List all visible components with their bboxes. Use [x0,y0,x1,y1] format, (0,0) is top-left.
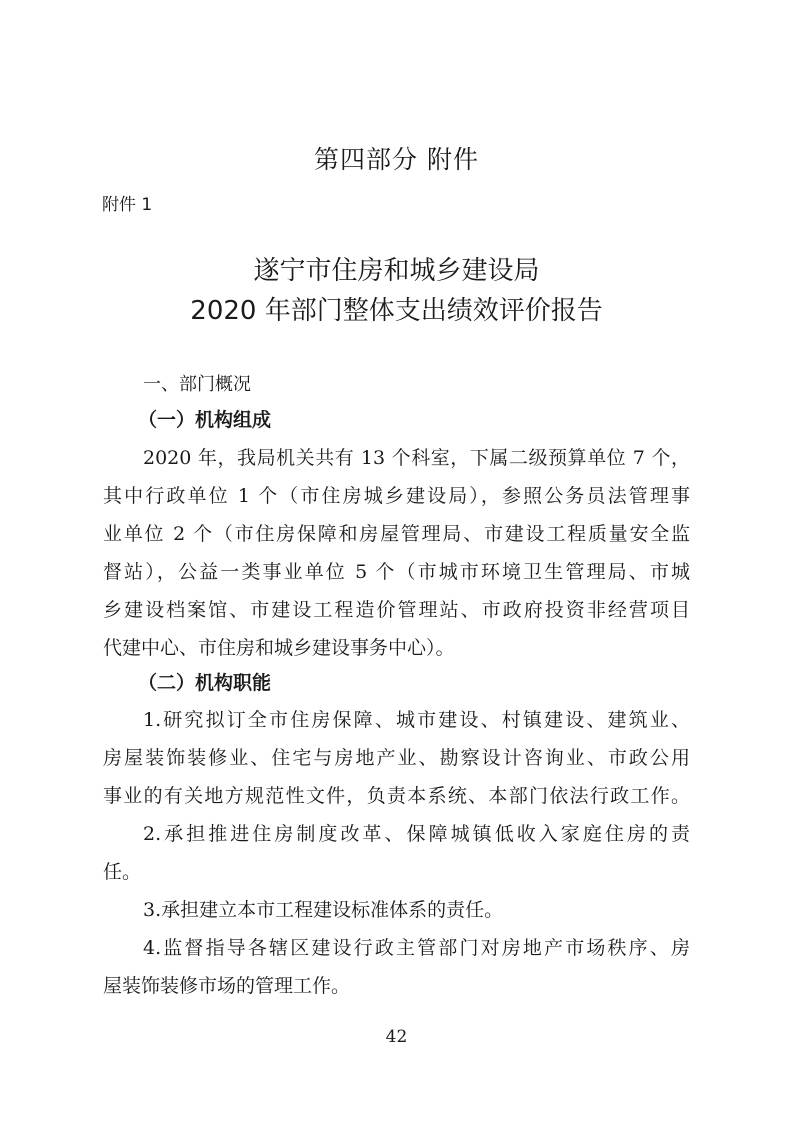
paragraph-line: 2020 年，我局机关共有 13 个科室，下属二级预算单位 7 个， [143,443,690,470]
document-page: 第四部分 附件 附件 1 遂宁市住房和城乡建设局 2020 年部门整体支出绩效评… [0,0,793,1122]
paragraph-line: 乡建设档案馆、市建设工程造价管理站、市政府投资非经营项目 [103,595,690,622]
subsection-heading-functions: （二）机构职能 [138,668,685,695]
paragraph-line: 督站），公益一类事业单位 5 个（市城市环境卫生管理局、市城 [103,557,690,584]
paragraph-line: 业单位 2 个（市住房保障和房屋管理局、市建设工程质量安全监 [103,519,690,546]
part-title: 第四部分 附件 [0,140,793,176]
paragraph-line: 事业的有关地方规范性文件，负责本系统、本部门依法行政工作。 [103,781,690,808]
attachment-label: 附件 1 [102,190,152,215]
paragraph-line: 任。 [103,857,690,884]
page-number: 42 [0,1027,793,1047]
paragraph-line: 其中行政单位 1 个（市住房城乡建设局），参照公务员法管理事 [103,481,690,508]
paragraph-line: 1.研究拟订全市住房保障、城市建设、村镇建设、建筑业、 [143,705,690,732]
section-heading-overview: 一、部门概况 [143,370,690,396]
paragraph-line: 4.监督指导各辖区建设行政主管部门对房地产市场秩序、房 [143,933,690,960]
report-title-line-1: 遂宁市住房和城乡建设局 [0,250,793,287]
paragraph-line: 房屋装饰装修业、住宅与房地产业、勘察设计咨询业、市政公用 [103,743,690,770]
paragraph-line: 2.承担推进住房制度改革、保障城镇低收入家庭住房的责 [143,819,690,846]
report-title-line-2: 2020 年部门整体支出绩效评价报告 [0,290,793,327]
subsection-heading-composition: （一）机构组成 [138,405,685,432]
paragraph-line: 屋装饰装修市场的管理工作。 [103,971,690,998]
paragraph-line: 代建中心、市住房和城乡建设事务中心）。 [103,633,690,660]
paragraph-line: 3.承担建立本市工程建设标准体系的责任。 [143,895,690,922]
